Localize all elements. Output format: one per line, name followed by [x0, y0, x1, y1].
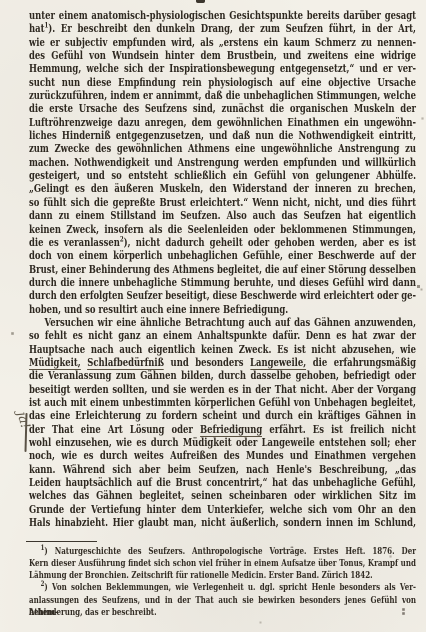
text-line: ist auch mit einem unbestimmten körperli…	[29, 396, 416, 409]
text-line: Luftröhrenzweige dazu anregen, dem gewöh…	[29, 116, 416, 129]
text-line: „Gelingt es den äußeren Muskeln, den Wid…	[29, 182, 416, 195]
footnote-separator	[26, 541, 97, 542]
pencil-underlined-text: Befriedigung	[200, 423, 262, 437]
text-line: der That eine Art Lösung oder Befriedigu…	[29, 423, 416, 436]
text-line: gesteigert, und so entsteht schließlich …	[29, 169, 416, 182]
text-segment: behinderung, das er beschreibt.	[29, 607, 157, 618]
text-segment: gesteigert, und so entsteht schließlich …	[29, 169, 416, 182]
pencil-underlined-text: Schlafbedürfniß	[87, 356, 164, 370]
text-line: Müdigkeit, Schlafbedürfniß und besonders…	[29, 356, 416, 369]
text-line: Versuchen wir eine ähnliche Betrachtung …	[29, 316, 416, 329]
text-line: behinderung, das er beschreibt.	[29, 607, 416, 619]
text-line: anlassungen des Seufzens, und in der Tha…	[29, 595, 416, 607]
text-segment: wie er subjectiv empfunden wird, als „er…	[29, 36, 416, 49]
text-segment: und besonders	[164, 356, 250, 369]
text-line: 1) Naturgeschichte des Seufzers. Anthrop…	[29, 546, 416, 558]
text-segment: unter einem anatomisch-physiologischen G…	[29, 9, 416, 22]
text-line: Hals hinabzieht. Hier glaubt man, nicht …	[29, 516, 416, 529]
pencil-underlined-text: Müdigkeit,	[29, 356, 81, 370]
text-segment: keinen Zweck, insofern als die Seelenlei…	[29, 223, 416, 236]
text-line: das eine Erleichterung zu fordern schein…	[29, 409, 416, 422]
text-line: hoben, und so resultirt auch eine innere…	[29, 303, 416, 316]
text-segment: dann zu einem Stillstand im Seufzen. Als…	[29, 209, 416, 222]
text-line: wohl einzusehen, wie es durch Müdigkeit …	[29, 436, 416, 449]
text-line: durch die innere unbehagliche Stimmung b…	[29, 276, 416, 289]
text-line: keinen Zweck, insofern als die Seelenlei…	[29, 223, 416, 236]
text-segment: Versuchen wir eine ähnliche Betrachtung …	[44, 316, 416, 329]
text-line: durch den erfolgten Seufzer beseitigt, d…	[29, 289, 416, 302]
text-segment: Grunde der Vertiefung hinter dem Unterki…	[29, 503, 416, 516]
text-segment: so fühlt sich die gepreßte Brust erleich…	[29, 196, 416, 209]
text-line: zurückzuführen, indem er annimmt, daß di…	[29, 89, 416, 102]
text-segment: beseitigt werden sollten, und sie werden…	[29, 383, 416, 396]
text-line: 2) Von solchen Beklemmungen, wie Verlege…	[29, 582, 416, 594]
text-segment: Luftröhrenzweige dazu anregen, dem gewöh…	[29, 116, 416, 129]
text-line: liches Hinderniß entgegenzusetzen, und d…	[29, 129, 416, 142]
text-line: hat1). Er beschreibt den dunkeln Drang, …	[29, 22, 416, 35]
text-segment: die erste Ursache des Seufzens sind, zun…	[29, 102, 416, 115]
text-segment: die es veranlassen	[29, 236, 120, 249]
text-segment: durch den erfolgten Seufzer beseitigt, d…	[29, 289, 416, 302]
text-line: noch, wie es durch weites Aufreißen des …	[29, 449, 416, 462]
text-segment: ) Naturgeschichte des Seufzers. Anthropo…	[44, 546, 416, 557]
text-line: so fühlt sich die gepreßte Brust erleich…	[29, 196, 416, 209]
text-segment: Hals hinabzieht. Hier glaubt man, nicht …	[29, 516, 416, 529]
text-segment: noch, wie es durch weites Aufreißen des …	[29, 449, 416, 462]
text-line: doch von einem körperlich unbehaglichen …	[29, 249, 416, 262]
text-segment: Hemmung, welche sich der Inspirationsbew…	[29, 62, 416, 75]
text-segment: Lähmung der Bronchien. Zeitschrift für r…	[29, 570, 373, 581]
text-segment: des Gefühl von Wundsein hinter dem Brust…	[29, 49, 416, 62]
text-segment: zurückzuführen, indem er annimmt, daß di…	[29, 89, 416, 102]
text-segment: Kern dieser Ausführung findet sich schon…	[29, 558, 416, 569]
text-segment: das eine Erleichterung zu fordern schein…	[29, 409, 416, 422]
text-segment: ) Von solchen Beklemmungen, wie Verlegen…	[44, 582, 416, 593]
text-line: machen. Nothwendigkeit und Anstrengung w…	[29, 156, 416, 169]
text-line: die erste Ursache des Seufzens sind, zun…	[29, 102, 416, 115]
text-line: Lähmung der Bronchien. Zeitschrift für r…	[29, 570, 416, 582]
text-segment: Hauptsache nach auch eigentlich keinen Z…	[29, 343, 416, 356]
scanned-page: unter einem anatomisch-physiologischen G…	[0, 0, 426, 632]
text-segment: ist auch mit einem unbestimmten körperli…	[29, 396, 416, 409]
text-segment: liches Hinderniß entgegenzusetzen, und d…	[29, 129, 416, 142]
footnotes: 1) Naturgeschichte des Seufzers. Anthrop…	[29, 546, 416, 619]
text-segment: ), nicht dadurch geheilt oder gehoben we…	[124, 236, 416, 249]
text-line: die Veranlassung zum Gähnen bilden, durc…	[29, 369, 416, 382]
text-segment: erfährt. Es ist freilich nicht	[262, 423, 416, 436]
text-segment: der That eine Art Lösung oder	[29, 423, 200, 436]
text-line: Hemmung, welche sich der Inspirationsbew…	[29, 62, 416, 75]
text-segment: Brust, einer Behinderung des Athmens beg…	[29, 263, 416, 276]
text-line: beseitigt werden sollten, und sie werden…	[29, 383, 416, 396]
text-line: Brust, einer Behinderung des Athmens beg…	[29, 263, 416, 276]
text-segment: so fehlt es nicht ganz an einem Anhaltsp…	[29, 329, 416, 342]
text-line: die es veranlassen2), nicht dadurch gehe…	[29, 236, 416, 249]
text-line: dann zu einem Stillstand im Seufzen. Als…	[29, 209, 416, 222]
text-segment: „Gelingt es den äußeren Muskeln, den Wid…	[29, 182, 416, 195]
text-segment: kann. Während sich aber beim Seufzen, na…	[29, 463, 416, 476]
text-segment: machen. Nothwendigkeit und Anstrengung w…	[29, 156, 416, 169]
text-segment: Leiden hauptsächlich auf die Brust conce…	[29, 476, 416, 489]
text-line: Hauptsache nach auch eigentlich keinen Z…	[29, 343, 416, 356]
text-segment: doch von einem körperlich unbehaglichen …	[29, 249, 416, 262]
body-text: unter einem anatomisch-physiologischen G…	[29, 9, 416, 529]
text-segment: zum Zwecke des gewöhnlichen Athmens eine…	[29, 142, 416, 155]
text-segment: welches das Gähnen begleitet, seinen sch…	[29, 489, 416, 502]
text-line: Kern dieser Ausführung findet sich schon…	[29, 558, 416, 570]
text-segment: hat	[29, 22, 44, 35]
scan-noise-specks	[0, 0, 1, 1]
text-segment: durch die innere unbehagliche Stimmung b…	[29, 276, 416, 289]
text-line: des Gefühl von Wundsein hinter dem Brust…	[29, 49, 416, 62]
text-line: kann. Während sich aber beim Seufzen, na…	[29, 463, 416, 476]
text-segment: die Veranlassung zum Gähnen bilden, durc…	[29, 369, 416, 382]
pencil-underlined-text: Langeweile,	[250, 356, 306, 370]
text-line: so fehlt es nicht ganz an einem Anhaltsp…	[29, 329, 416, 342]
text-segment: sucht nun diese Empfindung rein physiolo…	[29, 76, 416, 89]
text-line: zum Zwecke des gewöhnlichen Athmens eine…	[29, 142, 416, 155]
text-line: unter einem anatomisch-physiologischen G…	[29, 9, 416, 22]
text-line: welches das Gähnen begleitet, seinen sch…	[29, 489, 416, 502]
text-segment: ). Er beschreibt den dunkeln Drang, der …	[48, 22, 416, 35]
text-segment: die erfahrungsmäßig	[306, 356, 416, 369]
text-segment: wohl einzusehen, wie es durch Müdigkeit …	[29, 436, 416, 449]
cropped-header-fragment	[196, 0, 205, 3]
text-line: Leiden hauptsächlich auf die Brust conce…	[29, 476, 416, 489]
text-line: wie er subjectiv empfunden wird, als „er…	[29, 36, 416, 49]
text-segment: hoben, und so resultirt auch eine innere…	[29, 303, 288, 316]
text-line: sucht nun diese Empfindung rein physiolo…	[29, 76, 416, 89]
text-line: Grunde der Vertiefung hinter dem Unterki…	[29, 503, 416, 516]
